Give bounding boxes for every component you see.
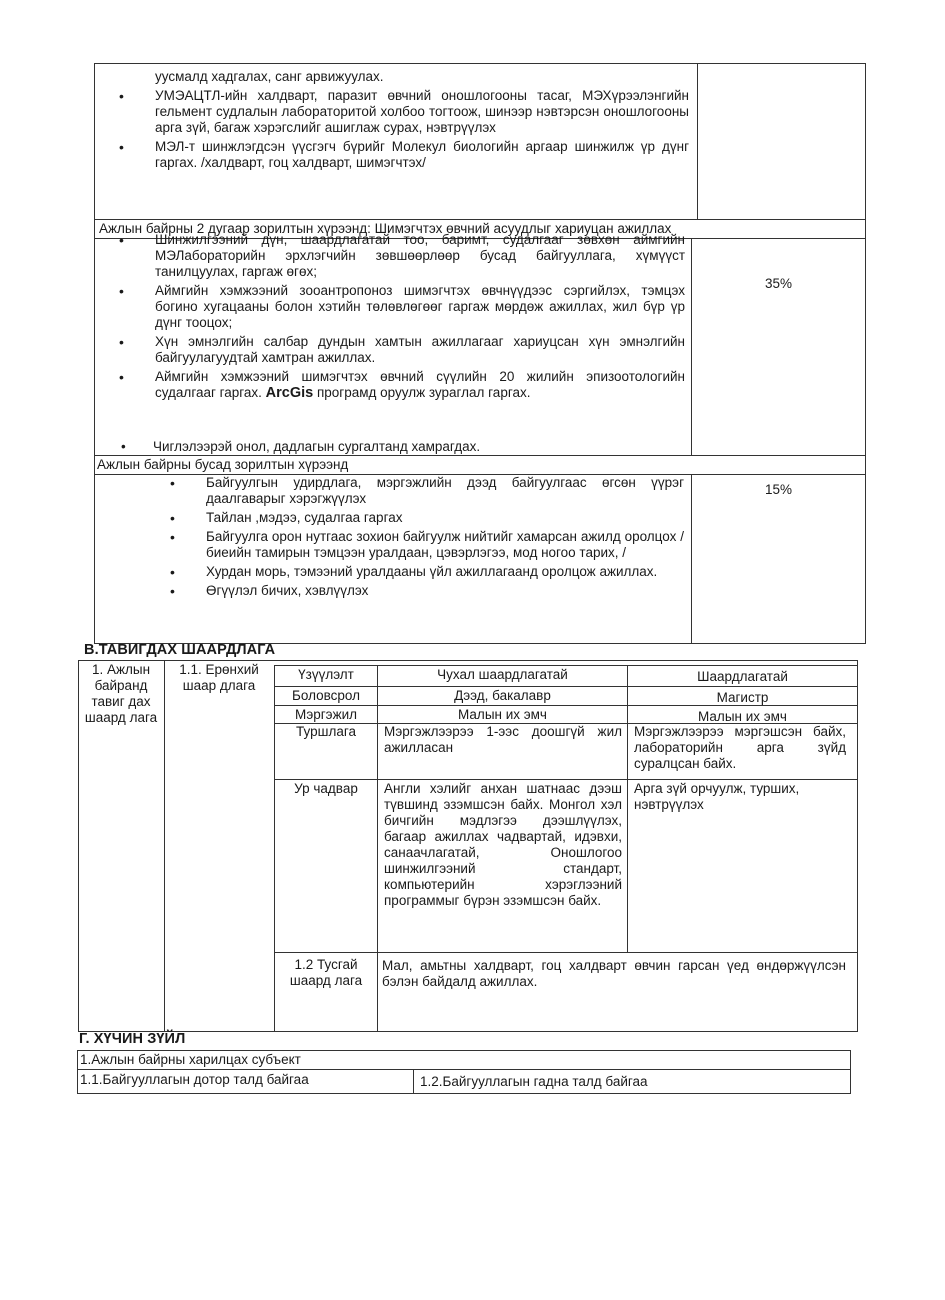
list-item: УМЭАЦТЛ-ийн халдварт, паразит өвчний оно… — [155, 88, 689, 136]
divider — [77, 1069, 851, 1070]
bullet-text: програмд оруулж зураглал гаргах. — [313, 385, 530, 400]
profession-label: Мэргэжил — [275, 707, 377, 723]
factors-title: Г. ХҮЧИН ЗҮЙЛ — [79, 1031, 185, 1047]
divider — [697, 63, 698, 220]
list-item: Хурдан морь, тэмээний уралдааны үйл ажил… — [206, 564, 684, 580]
list-item: Шинжилгээний дүн, шаардлагатай тоо, бари… — [155, 232, 685, 280]
list-item: Тайлан ,мэдээ, судалгаа гаргах — [206, 510, 684, 526]
essential-header: Чухал шаардлагатай — [378, 667, 627, 683]
profession-essential: Малын их эмч — [378, 707, 627, 723]
divider — [164, 660, 165, 1032]
divider — [274, 686, 858, 687]
other-goals-weight: 15% — [691, 482, 866, 497]
education-desired: Магистр — [628, 690, 857, 706]
divider — [857, 665, 858, 1032]
list-item: Байгуулга орон нутгаас зохион байгуулж н… — [206, 529, 684, 561]
experience-essential: Мэргэжлээрээ 1-ээс доошгүй жил ажилласан — [384, 724, 622, 756]
experience-label: Туршлага — [275, 724, 377, 740]
education-essential: Дээд, бакалавр — [378, 688, 627, 704]
bullet-dot: • — [121, 439, 126, 455]
list-item: МЭЛ-т шинжлэгдсэн үүсгэгч бүрийг Молекул… — [155, 139, 689, 171]
special-requirements-text: Мал, амьтны халдварт, гоц халдварт өвчин… — [382, 958, 846, 990]
skills-label: Ур чадвар — [275, 781, 377, 797]
experience-desired: Мэргэжлээрээ мэргэшсэн байх, лабораторий… — [634, 724, 846, 772]
list-item: Байгуулгын удирдлага, мэргэжлийн дээд ба… — [206, 475, 684, 507]
divider — [274, 779, 858, 780]
arcgis-label: ArcGis — [266, 385, 314, 401]
skills-desired: Арга зүй орчуулж, турших, нэвтрүүлэх — [634, 781, 846, 813]
profession-desired: Малын их эмч — [628, 709, 857, 725]
internal-parties: 1.1.Байгууллагын дотор талд байгаа — [80, 1072, 309, 1088]
list-item: Аймгийн хэмжээний шимэгчтэх өвчний сүүли… — [155, 369, 685, 401]
duty-list-b: Шинжилгээний дүн, шаардлагатай тоо, бари… — [155, 232, 685, 401]
special-requirements-label: 1.2 Тусгай шаард лага — [275, 957, 377, 989]
divider — [691, 238, 692, 456]
duty-continuation: уусмалд хадгалах, санг арвижуулах. — [155, 69, 685, 85]
divider — [413, 1069, 414, 1094]
list-item: Хүн эмнэлгийн салбар дундын хамтын ажилл… — [155, 334, 685, 366]
skills-essential: Англи хэлийг анхан шатнаас дээш түвшинд … — [384, 781, 622, 909]
list-item: Аймгийн хэмжээний зооантропоноз шимэгчтэ… — [155, 283, 685, 331]
divider — [691, 474, 692, 644]
duty-list-c: Байгуулгын удирдлага, мэргэжлийн дээд ба… — [206, 475, 684, 599]
requirements-category: 1. Ажлын байранд тавиг дах шаард лага — [80, 662, 162, 726]
education-label: Боловсрол — [275, 688, 377, 704]
communication-subject: 1.Ажлын байрны харилцах субъект — [80, 1052, 301, 1068]
duty-list-a: УМЭАЦТЛ-ийн халдварт, паразит өвчний оно… — [155, 88, 689, 171]
criteria-header: Үзүүлэлт — [275, 667, 377, 683]
requirements-title: В.ТАВИГДАХ ШААРДЛАГА — [84, 642, 275, 658]
external-parties: 1.2.Байгууллагын гадна талд байгаа — [420, 1074, 648, 1090]
other-goals-header: Ажлын байрны бусад зорилтын хүрээнд — [97, 457, 348, 473]
list-item: Чиглэлээрэй онол, дадлагын сургалтанд ха… — [153, 439, 480, 455]
list-item: Өгүүлэл бичих, хэвлүүлэх — [206, 583, 684, 599]
general-requirements-label: 1.1. Ерөнхий шаар длага — [176, 662, 262, 694]
goal-2-weight: 35% — [691, 276, 866, 291]
desired-header: Шаардлагатай — [628, 669, 857, 685]
